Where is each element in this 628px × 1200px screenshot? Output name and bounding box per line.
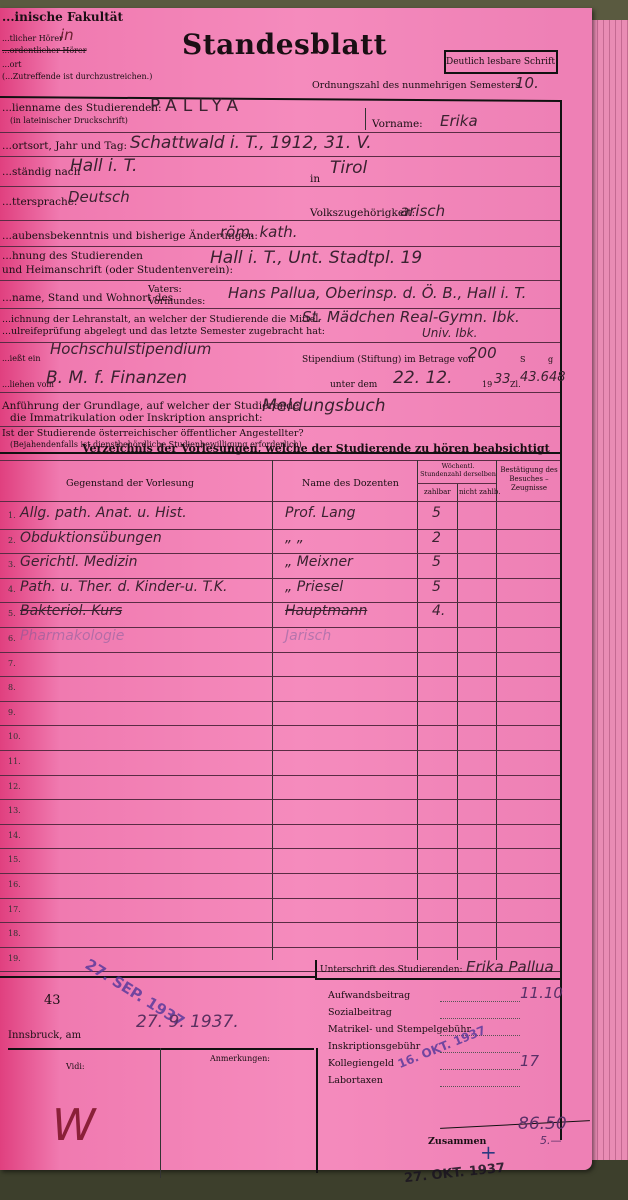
row-divider: [0, 676, 560, 677]
lecture-subject: Path. u. Ther. d. Kinder-u. T.K.: [20, 579, 227, 595]
divider: [365, 108, 366, 130]
birth-value: Schattwald i. T., 1912, 31. V.: [130, 133, 372, 153]
lecture-subject: Pharmakologie: [20, 628, 124, 644]
semester-value: 10.: [515, 74, 539, 92]
hearer-type-line2: ...ordentlicher Hörer: [2, 46, 87, 55]
stamp-final: 27. OKT. 1937: [403, 1161, 505, 1186]
row-number: 8.: [8, 683, 16, 692]
col-divider: [457, 483, 458, 960]
firstname-label: Vorname:: [372, 118, 423, 130]
row-divider: [0, 799, 560, 800]
row-divider: [0, 824, 560, 825]
residence-label-2: und Heimanschrift (oder Studentenverein)…: [2, 264, 233, 276]
lecture-hours-paid: 5: [432, 579, 441, 595]
row-divider: [0, 873, 560, 874]
divider: [0, 426, 560, 427]
row-number: 7.: [8, 659, 16, 668]
row-divider: [0, 775, 560, 776]
fee-label: Labortaxen: [328, 1075, 383, 1086]
basis-label-2: die Immatrikulation oder Inskription ans…: [10, 412, 263, 424]
language-value: Deutsch: [68, 188, 130, 206]
fee-value: 17: [520, 1052, 539, 1070]
lecture-lecturer: „ Priesel: [285, 579, 343, 595]
row-number: 18.: [8, 929, 21, 938]
domicile-value: Hall i. T.: [70, 156, 137, 176]
row-number: 2.: [8, 536, 16, 545]
row-number: 3.: [8, 560, 16, 569]
ref-value: 43.648: [520, 370, 566, 385]
basis-value: Meldungsbuch: [262, 396, 386, 416]
row-number: 11.: [8, 757, 21, 766]
stipend-currency: S: [520, 355, 525, 364]
divider: [0, 501, 560, 502]
divider: [0, 220, 560, 221]
fee-label: Sozialbeitrag: [328, 1007, 392, 1018]
row-divider: [0, 652, 560, 653]
page-title: Standesblatt: [182, 28, 387, 61]
divider: [440, 1120, 590, 1129]
signature-label: Unterschrift des Studierenden:: [320, 965, 463, 975]
fee-label: Matrikel- und Stempelgebühr: [328, 1024, 471, 1035]
date-label: unter dem: [330, 380, 377, 390]
parent-value: Hans Pallua, Oberinsp. d. Ö. B., Hall i.…: [228, 284, 526, 302]
lecture-hours-paid: 2: [432, 530, 441, 546]
scholarship-value: Hochschulstipendium: [50, 340, 211, 358]
plus-mark-icon: +: [480, 1140, 497, 1164]
date-value: 22. 12.: [393, 368, 452, 388]
row-number: 17.: [8, 905, 21, 914]
record-number: 43: [44, 993, 61, 1008]
row-number: 12.: [8, 782, 21, 791]
row-number: 13.: [8, 806, 21, 815]
col-unpaid: nicht zahlb.: [459, 488, 501, 496]
row-divider: [0, 947, 560, 948]
stipend-g: g: [548, 355, 553, 364]
residence-value: Hall i. T., Unt. Stadtpl. 19: [210, 248, 422, 268]
scholarship-prefix: ...ießt ein: [2, 354, 40, 363]
lecture-lecturer: Prof. Lang: [285, 505, 356, 521]
row-divider: [0, 701, 560, 702]
fee-dots: [440, 1001, 520, 1002]
surname-value: PALLYA: [150, 96, 244, 116]
nationality-value: arisch: [400, 202, 445, 220]
row-divider: [0, 725, 560, 726]
divider: [315, 978, 560, 980]
col-paid: zahlbar: [424, 488, 451, 496]
lecture-lecturer: Jarisch: [285, 628, 331, 644]
school-label-1: ...ichnung der Lehranstalt, an welcher d…: [2, 314, 322, 325]
total-sub: 5.—: [540, 1134, 562, 1147]
col-divider: [417, 460, 418, 960]
row-number: 4.: [8, 585, 16, 594]
lecture-lecturer: Hauptmann: [285, 603, 367, 619]
col-divider: [496, 460, 497, 960]
school-label-2: ...ulreifeprüfung abgelegt und das letzt…: [2, 326, 325, 337]
col-lecturer: Name des Dozenten: [302, 478, 399, 489]
row-divider: [0, 848, 560, 849]
school-value-1: St. Mädchen Real-Gymn. Ibk.: [302, 308, 520, 326]
domicile-in-label: in: [310, 173, 320, 185]
surname-label: ...lienname des Studierenden:: [2, 102, 162, 114]
fee-dots: [440, 1018, 520, 1019]
year-value: 33: [494, 372, 511, 387]
year-prefix: 19: [482, 380, 492, 389]
employee-label-1: Ist der Studierende österreichischer öff…: [2, 428, 304, 439]
vidi-mark: W: [52, 1100, 96, 1151]
lecture-hours-paid: 5: [432, 554, 441, 570]
divider: [160, 1048, 161, 1178]
remarks-label: Anmerkungen:: [210, 1054, 270, 1063]
birth-label: ...ortsort, Jahr und Tag:: [2, 140, 127, 152]
total-value: 86.50: [518, 1114, 567, 1134]
col-divider: [272, 460, 273, 960]
granted-by-value: B. M. f. Finanzen: [46, 368, 187, 388]
divider: [0, 186, 560, 187]
hearer-type-handwritten: in: [60, 26, 74, 44]
stipend-amount: 200: [468, 344, 497, 362]
hearer-type-line3: ...ort: [2, 60, 21, 69]
language-label: ...ttersprache:: [2, 196, 77, 208]
row-number: 19.: [8, 954, 21, 963]
lecture-hours-paid: 5: [432, 505, 441, 521]
total-label: Zusammen: [428, 1136, 486, 1147]
residence-label-1: ...hnung des Studierenden: [2, 250, 143, 262]
parent-guardian-label: Vormundes:: [148, 296, 205, 307]
fee-value: 11.10: [520, 984, 563, 1002]
divider: [0, 976, 315, 978]
fee-label: Aufwandsbeitrag: [328, 990, 410, 1001]
divider: [315, 960, 317, 978]
fee-label: Kollegiengeld: [328, 1058, 394, 1069]
domicile-label: ...ständig nach: [2, 166, 80, 178]
lecture-subject: Obduktionsübungen: [20, 530, 162, 546]
school-value-2: Univ. Ibk.: [422, 326, 477, 340]
row-number: 10.: [8, 732, 21, 741]
fee-dots: [440, 1086, 520, 1087]
strike-note: (...Zutreffende ist durchzustreichen.): [2, 72, 152, 81]
lecture-lecturer: „ „: [285, 530, 304, 546]
fee-dots: [440, 1069, 520, 1070]
lecture-subject: Gerichtl. Medizin: [20, 554, 138, 570]
fee-label: Inskriptionsgebühr: [328, 1041, 420, 1052]
row-number: 1.: [8, 511, 16, 520]
hearer-type-line1: ...tlicher Hörer: [2, 34, 63, 43]
divider: [0, 246, 560, 247]
divider: [0, 460, 560, 461]
basis-label-1: Anführung der Grundlage, auf welcher der…: [2, 400, 299, 412]
row-divider: [0, 750, 560, 751]
standesblatt-sheet: ...inische Fakultät ...tlicher Hörer in …: [0, 8, 592, 1170]
faculty-header: ...inische Fakultät: [2, 10, 123, 24]
divider: [0, 280, 560, 281]
divider: [8, 1048, 314, 1050]
fee-dots: [440, 1052, 520, 1053]
row-divider: [0, 898, 560, 899]
row-divider: [0, 922, 560, 923]
row-number: 6.: [8, 634, 16, 643]
legible-writing-box: Deutlich lesbare Schrift!: [444, 50, 558, 74]
divider: [0, 392, 560, 393]
divider: [316, 1048, 318, 1173]
place-date: 27. 9. 1937.: [136, 1012, 239, 1032]
lecture-hours-paid: 4.: [432, 603, 445, 619]
surname-sublabel: (in lateinischer Druckschrift): [10, 116, 128, 125]
row-number: 14.: [8, 831, 21, 840]
signature-value: Erika Pallua: [466, 958, 554, 976]
row-number: 15.: [8, 855, 21, 864]
lectures-heading: Verzeichnis der Vorlesungen, welche der …: [82, 442, 550, 455]
lecture-subject: Allg. path. Anat. u. Hist.: [20, 505, 187, 521]
religion-value: röm. kath.: [220, 223, 298, 241]
domicile-region-value: Tirol: [330, 158, 367, 178]
lecture-lecturer: „ Meixner: [285, 554, 353, 570]
divider: [417, 483, 496, 484]
firstname-value: Erika: [440, 112, 478, 130]
vidi-label: Vidi:: [66, 1062, 85, 1071]
row-number: 16.: [8, 880, 21, 889]
place-label: Innsbruck, am: [8, 1030, 81, 1041]
col-hours: Wöchentl. Stundenzahl derselben: [420, 462, 496, 478]
row-number: 9.: [8, 708, 16, 717]
row-number: 5.: [8, 609, 16, 618]
semester-label: Ordnungszahl des nunmehrigen Semesters: [312, 80, 520, 91]
stipend-label: Stipendium (Stiftung) im Betrage von: [302, 355, 474, 365]
col-confirm: Bestätigung des Besuches – Zeugnisse: [498, 466, 560, 493]
col-subject: Gegenstand der Vorlesung: [66, 478, 194, 489]
lecture-subject: Bakteriol. Kurs: [20, 603, 122, 619]
parent-father-label: Vaters:: [148, 284, 182, 295]
